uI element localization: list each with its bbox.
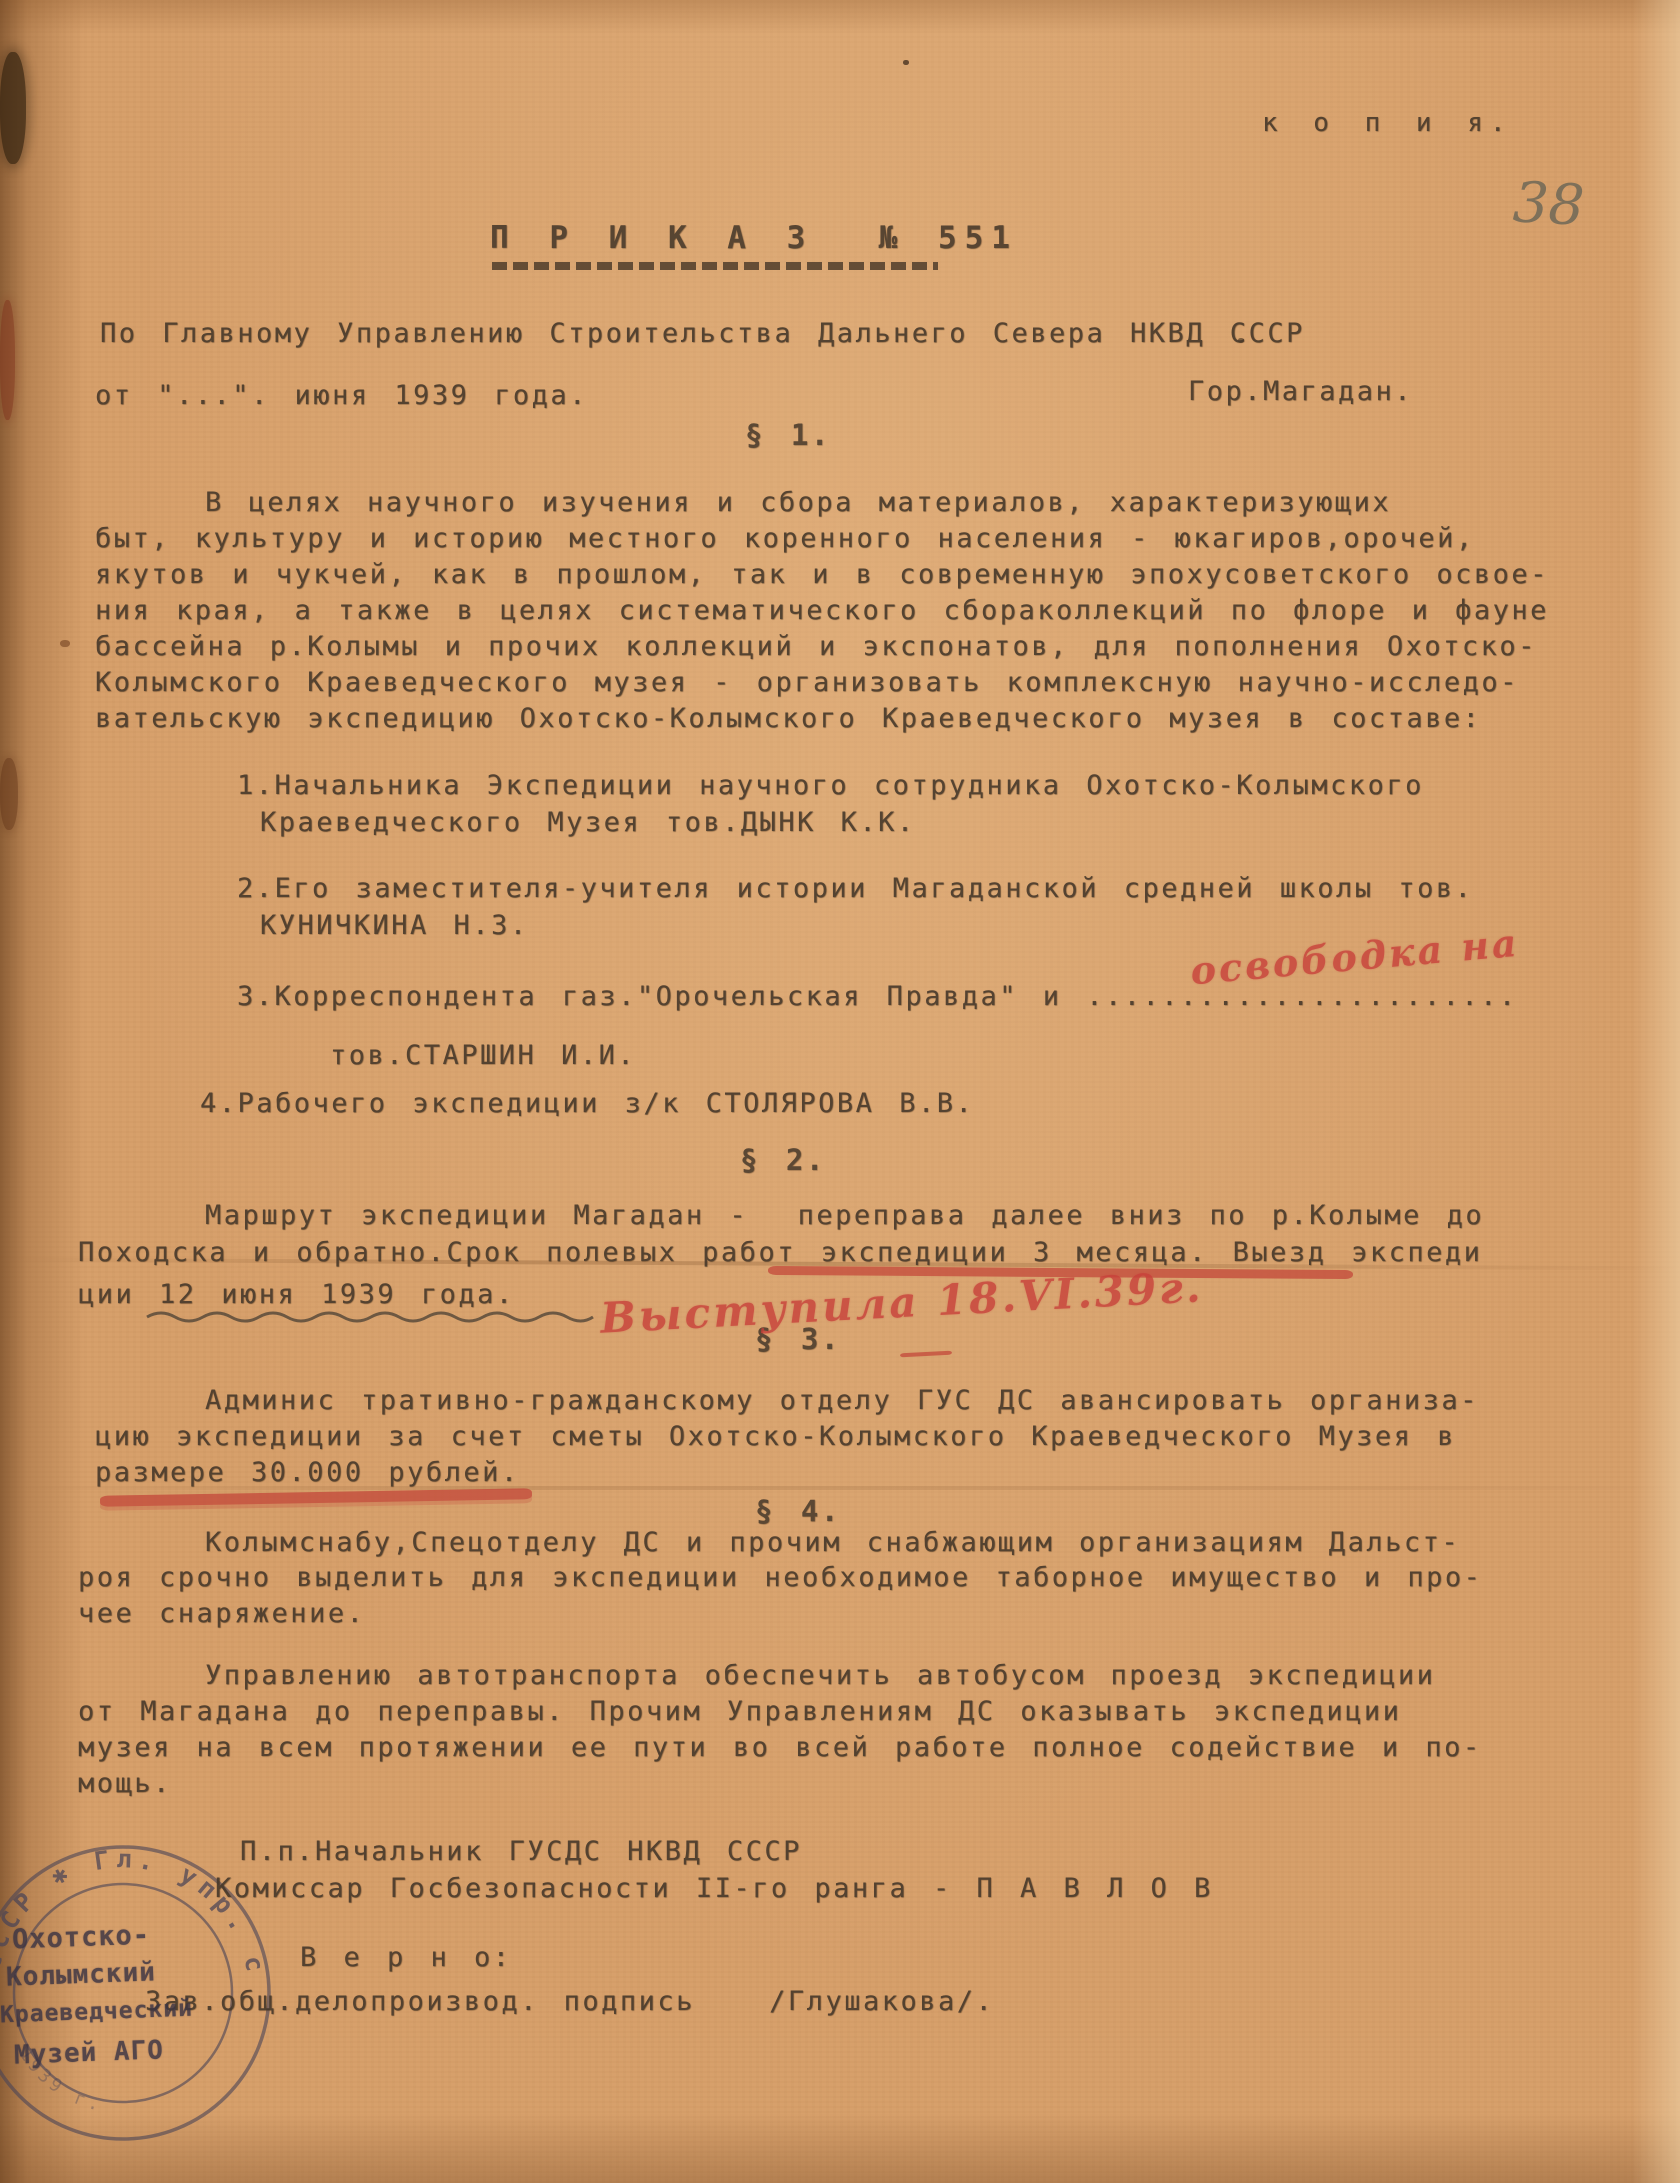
para-3-line-2: цию экспедиции за счет сметы Охотско-Кол… <box>95 1421 1456 1452</box>
paper-stain <box>0 52 26 164</box>
para-4-line-2: роя срочно выделить для экспедиции необх… <box>78 1562 1482 1593</box>
paper-stain <box>0 300 15 420</box>
section-4-heading: § 4. <box>755 1494 841 1528</box>
para-1-line-7: вательскую экспедицию Охотско-Колымского… <box>95 703 1481 734</box>
page-number: 38 <box>1511 170 1586 239</box>
para-1-line-4: ния края, а также в целях систематическо… <box>95 595 1549 626</box>
title-underline <box>492 262 938 270</box>
scanned-order-page: к о п и я. 38 П Р И К А З № 551 По Главн… <box>0 0 1680 2183</box>
para-4-line-1: Колымснабу,Спецотделу ДС и прочим снабжа… <box>205 1527 1460 1558</box>
para-2-line-2: Походска и обратно.Срок полевых работ эк… <box>78 1237 1482 1268</box>
stamp-line-1: Охотско- <box>12 1920 151 1956</box>
para-2-line-3: ции 12 июня 1939 года. <box>78 1279 515 1310</box>
signature-line-1: П.п.Начальник ГУСДС НКВД СССР <box>240 1836 802 1867</box>
para-5-line-3: музея на всем протяжении ее пути во всей… <box>78 1732 1482 1763</box>
para-1-line-3: якутов и чукчей, как в прошлом, так и в … <box>95 559 1549 590</box>
signature-line-2: Комиссар Госбезопасности II-го ранга - П… <box>215 1873 1213 1904</box>
date-line: от "...". июня 1939 года. <box>95 380 588 411</box>
issuer-line: По Главному Управлению Строительства Дал… <box>100 318 1305 349</box>
list-item-2-line-2: КУНИЧКИНА Н.З. <box>260 910 529 941</box>
certification-line: Зав.общ.делопроизвод. подпись /Глушакова… <box>145 1986 994 2017</box>
city-line: Гор.Магадан. <box>1188 376 1413 407</box>
para-1-line-1: В целях научного изучения и сбора матери… <box>205 487 1391 518</box>
order-title: П Р И К А З № 551 <box>490 220 1018 256</box>
para-3-line-1: Админис тративно-гражданскому отделу ГУС… <box>205 1385 1479 1416</box>
list-item-1-line-1: 1.Начальника Экспедиции научного сотрудн… <box>237 770 1424 801</box>
para-1-line-2: быт, культуру и историю местного коренно… <box>95 523 1475 554</box>
list-item-4-line-1: 4.Рабочего экспедиции з/к СТОЛЯРОВА В.В. <box>200 1088 974 1119</box>
para-5-line-4: мощь. <box>78 1768 172 1799</box>
paper-speck <box>60 640 70 647</box>
paper-stain <box>0 758 18 830</box>
wavy-underline-date <box>145 1308 597 1324</box>
red-underline-amount <box>100 1488 532 1507</box>
list-item-2-line-1: 2.Его заместителя-учителя истории Магада… <box>237 873 1473 904</box>
copy-label: к о п и я. <box>1262 108 1513 138</box>
para-4-line-3: чее снаряжение. <box>78 1598 365 1629</box>
paper-speck <box>903 60 909 65</box>
stamp-line-2: Колымский <box>6 1957 157 1992</box>
para-1-line-5: бассейна р.Колымы и прочих коллекций и э… <box>95 631 1537 662</box>
para-5-line-2: от Магадана до переправы. Прочим Управле… <box>78 1696 1401 1727</box>
stamp-line-4: Музей АГО <box>14 2035 165 2070</box>
section-2-heading: § 2. <box>740 1143 826 1177</box>
list-item-1-line-2: Краеведческого Музея тов.ДЫНК К.К. <box>260 807 916 838</box>
para-3-line-3: размере 30.000 рублей. <box>95 1457 520 1488</box>
para-2-line-1: Маршрут экспедиции Магадан - переправа д… <box>205 1200 1484 1231</box>
verno-label: В е р н о: <box>300 1942 512 1973</box>
section-1-heading: § 1. <box>745 418 831 452</box>
red-underline-date-fragment <box>900 1351 952 1358</box>
para-5-line-1: Управлению автотранспорта обеспечить авт… <box>205 1660 1435 1691</box>
list-item-3-line-2: тов.СТАРШИН И.И. <box>330 1040 636 1071</box>
para-1-line-6: Колымского Краеведческого музея - органи… <box>95 667 1519 698</box>
list-item-3-line-1: 3.Корреспондента газ."Орочельская Правда… <box>237 981 1518 1012</box>
